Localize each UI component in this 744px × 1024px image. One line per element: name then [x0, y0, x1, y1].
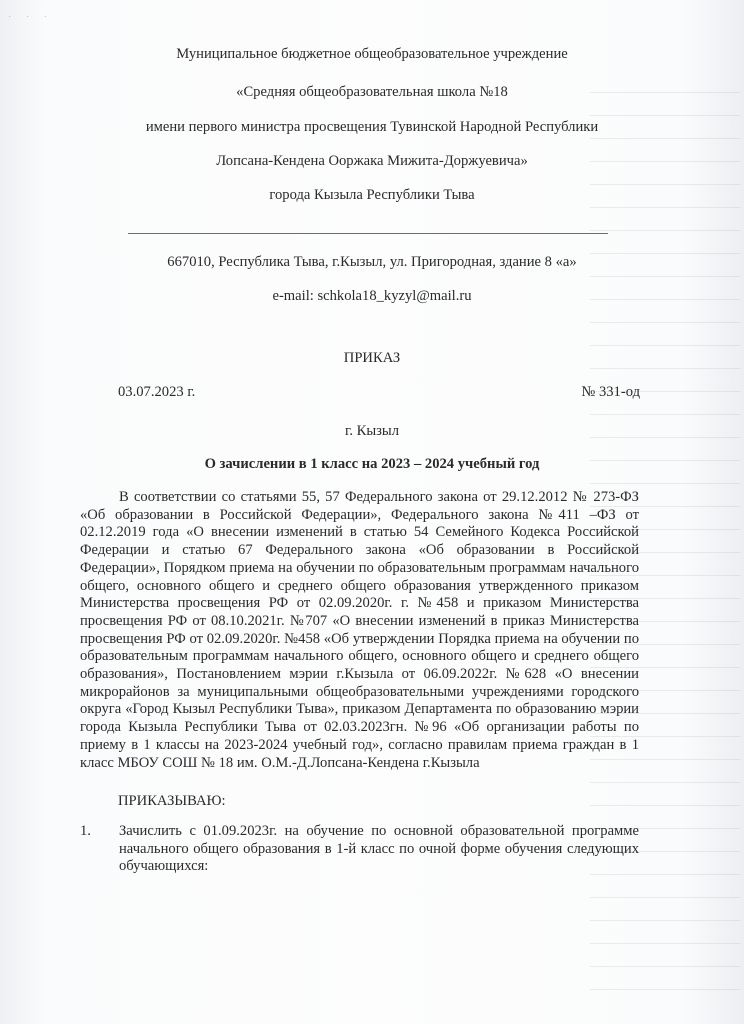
email-address: e-mail: schkola18_kyzyl@mail.ru — [0, 288, 744, 305]
order-title: О зачислении в 1 класс на 2023 – 2024 уч… — [0, 456, 744, 473]
preamble-paragraph: В соответствии со статьями 55, 57 Федера… — [80, 489, 639, 772]
postal-address: 667010, Республика Тыва, г.Кызыл, ул. Пр… — [0, 254, 744, 271]
order-item: 1. Зачислить с 01.09.2023г. на обучение … — [80, 823, 639, 876]
order-item-text: Зачислить с 01.09.2023г. на обучение по … — [119, 823, 639, 874]
document-page: · · · Муниципальное бюджетное общеобразо… — [0, 0, 744, 1024]
header-named-after: имени первого министра просвещения Тувин… — [0, 119, 744, 136]
order-item-number: 1. — [80, 823, 91, 841]
order-number: № 331-од — [581, 384, 640, 401]
header-institution-type: Муниципальное бюджетное общеобразователь… — [0, 46, 744, 63]
header-person-name: Лопсана-Кендена Ооржака Мижита-Доржуевич… — [0, 153, 744, 170]
order-city: г. Кызыл — [0, 423, 744, 440]
header-city: города Кызыла Республики Тыва — [0, 187, 744, 204]
decree-heading: ПРИКАЗЫВАЮ: — [118, 793, 226, 810]
header-divider — [128, 233, 608, 234]
order-items-list: 1. Зачислить с 01.09.2023г. на обучение … — [80, 823, 639, 876]
order-heading: ПРИКАЗ — [0, 350, 744, 367]
scan-artifact: · · · — [8, 12, 53, 23]
order-date: 03.07.2023 г. — [118, 384, 195, 401]
header-school-name: «Средняя общеобразовательная школа №18 — [0, 84, 744, 101]
